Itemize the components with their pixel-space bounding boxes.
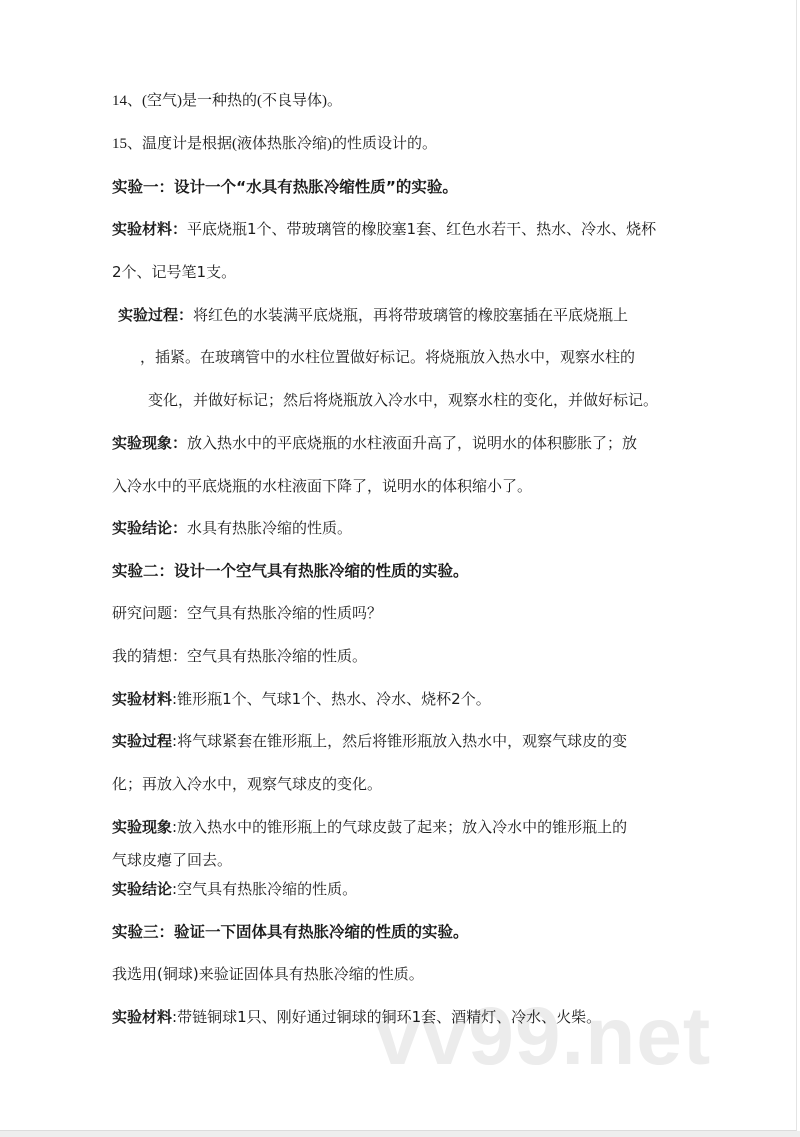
line-text: 变化，并做好标记；然后将烧瓶放入冷水中，观察水柱的变化，并做好标记。	[148, 391, 658, 409]
line-text: 入冷水中的平底烧瓶的水柱液面下降了，说明水的体积缩小了。	[112, 477, 532, 495]
exp1-conclusion: 实验结论：水具有热胀冷缩的性质。	[112, 518, 352, 538]
line-text: 14、(空气)是一种热的(不良导体)。	[112, 93, 342, 109]
line-text: 研究问题：空气具有热胀冷缩的性质吗？	[112, 604, 382, 622]
experiment-1-title: 实验一：设计一个“水具有热胀冷缩性质”的实验。	[112, 177, 458, 197]
exp1-materials-line-2: 2个、记号笔1支。	[112, 262, 236, 282]
exp1-process-line-2: ，插紧。在玻璃管中的水柱位置做好标记。将烧瓶放入热水中，观察水柱的	[140, 347, 635, 367]
line-text: ，插紧。在玻璃管中的水柱位置做好标记。将烧瓶放入热水中，观察水柱的	[140, 348, 635, 366]
line-text: :将气球紧套在锥形瓶上，然后将锥形瓶放入热水中，观察气球皮的变	[172, 732, 627, 750]
line-text: 2个、记号笔1支。	[112, 263, 236, 281]
exp2-conclusion: 实验结论:空气具有热胀冷缩的性质。	[112, 879, 357, 899]
exp1-phenomenon-line-1: 实验现象：放入热水中的平底烧瓶的水柱液面升高了，说明水的体积膨胀了；放	[112, 433, 637, 453]
field-label: 实验材料	[112, 690, 172, 708]
line-text: 平底烧瓶1个、带玻璃管的橡胶塞1套、红色水若干、热水、冷水、烧杯	[187, 220, 656, 238]
exp2-process-line-1: 实验过程:将气球紧套在锥形瓶上，然后将锥形瓶放入热水中，观察气球皮的变	[112, 731, 627, 751]
question-15: 15、温度计是根据(液体热胀冷缩)的性质设计的。	[112, 134, 437, 154]
field-label: 实验过程	[112, 732, 172, 750]
line-text: :带链铜球1只、刚好通过铜球的铜环1套、酒精灯、冷水、火柴。	[172, 1008, 601, 1026]
line-text: 将红色的水装满平底烧瓶，再将带玻璃管的橡胶塞插在平底烧瓶上	[193, 306, 628, 324]
exp2-phenomenon-line-1: 实验现象:放入热水中的锥形瓶上的气球皮鼓了起来；放入冷水中的锥形瓶上的	[112, 817, 627, 837]
field-label: 实验现象：	[112, 434, 187, 452]
heading-text: 实验三：验证一下固体具有热胀冷缩的性质的实验。	[112, 923, 469, 941]
line-text: 化；再放入冷水中，观察气球皮的变化。	[112, 775, 382, 793]
line-text: :空气具有热胀冷缩的性质。	[172, 880, 357, 898]
line-text: 放入热水中的平底烧瓶的水柱液面升高了，说明水的体积膨胀了；放	[187, 434, 637, 452]
exp2-phenomenon-line-2: 气球皮瘪了回去。	[112, 850, 232, 870]
exp2-process-line-2: 化；再放入冷水中，观察气球皮的变化。	[112, 774, 382, 794]
exp1-phenomenon-line-2: 入冷水中的平底烧瓶的水柱液面下降了，说明水的体积缩小了。	[112, 476, 532, 496]
experiment-3-title: 实验三：验证一下固体具有热胀冷缩的性质的实验。	[112, 922, 469, 942]
field-label: 实验材料：	[112, 220, 187, 238]
question-14: 14、(空气)是一种热的(不良导体)。	[112, 91, 342, 111]
exp2-guess: 我的猜想：空气具有热胀冷缩的性质。	[112, 646, 367, 666]
exp1-materials-line-1: 实验材料：平底烧瓶1个、带玻璃管的橡胶塞1套、红色水若干、热水、冷水、烧杯	[112, 219, 656, 239]
exp3-materials: 实验材料:带链铜球1只、刚好通过铜球的铜环1套、酒精灯、冷水、火柴。	[112, 1007, 601, 1027]
exp2-question: 研究问题：空气具有热胀冷缩的性质吗？	[112, 603, 382, 623]
line-text: :锥形瓶1个、气球1个、热水、冷水、烧杯2个。	[172, 690, 491, 708]
line-text: 我的猜想：空气具有热胀冷缩的性质。	[112, 647, 367, 665]
field-label: 实验结论	[112, 880, 172, 898]
page-bottom-edge	[0, 1131, 800, 1137]
exp1-process-line-1: 实验过程：将红色的水装满平底烧瓶，再将带玻璃管的橡胶塞插在平底烧瓶上	[118, 305, 628, 325]
line-text: 气球皮瘪了回去。	[112, 851, 232, 869]
watermark: vv99.net	[375, 990, 711, 1084]
field-label: 实验过程：	[118, 306, 193, 324]
field-label: 实验材料	[112, 1008, 172, 1026]
exp2-materials: 实验材料:锥形瓶1个、气球1个、热水、冷水、烧杯2个。	[112, 689, 491, 709]
line-text: :放入热水中的锥形瓶上的气球皮鼓了起来；放入冷水中的锥形瓶上的	[172, 818, 627, 836]
exp1-process-line-3: 变化，并做好标记；然后将烧瓶放入冷水中，观察水柱的变化，并做好标记。	[148, 390, 658, 410]
field-label: 实验现象	[112, 818, 172, 836]
line-text: 15、温度计是根据(液体热胀冷缩)的性质设计的。	[112, 136, 437, 152]
heading-text: 实验一：设计一个“水具有热胀冷缩性质”的实验。	[112, 178, 458, 196]
field-label: 实验结论：	[112, 519, 187, 537]
experiment-2-title: 实验二：设计一个空气具有热胀冷缩的性质的实验。	[112, 561, 469, 581]
exp3-choice: 我选用(铜球)来验证固体具有热胀冷缩的性质。	[112, 964, 424, 984]
heading-text: 实验二：设计一个空气具有热胀冷缩的性质的实验。	[112, 562, 469, 580]
line-text: 水具有热胀冷缩的性质。	[187, 519, 352, 537]
line-text: 我选用(铜球)来验证固体具有热胀冷缩的性质。	[112, 965, 424, 983]
